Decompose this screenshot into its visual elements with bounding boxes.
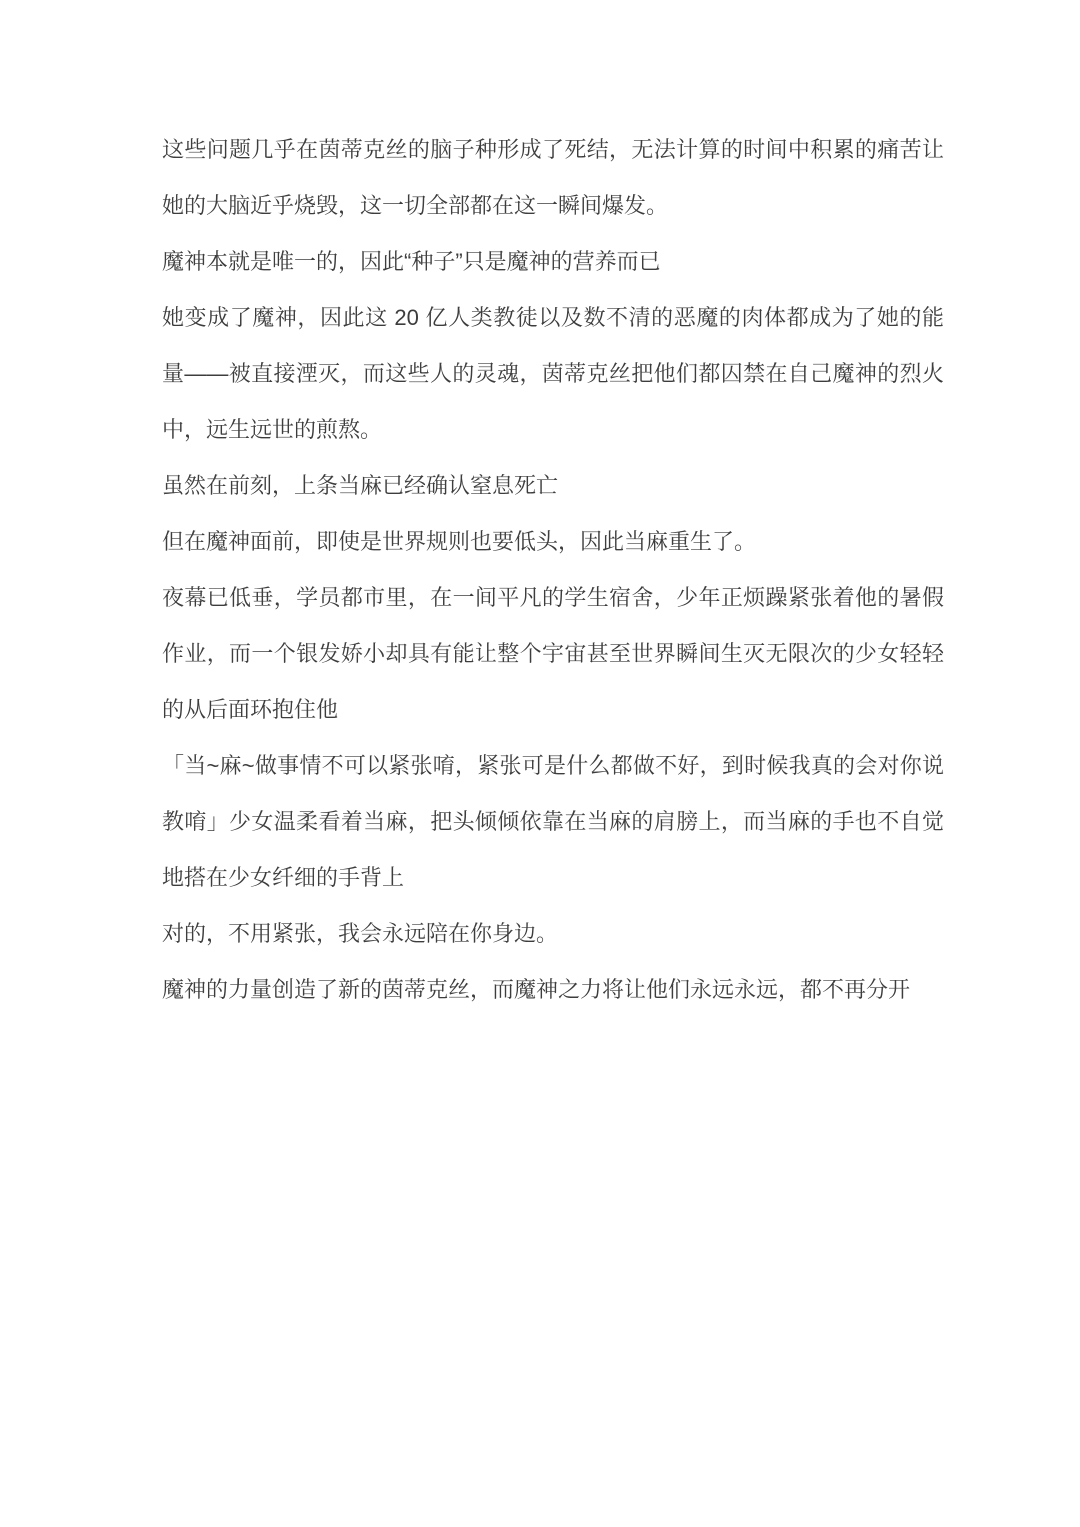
paragraph-5: 但在魔神面前，即使是世界规则也要低头，因此当麻重生了。 (162, 514, 944, 570)
paragraph-4: 虽然在前刻，上条当麻已经确认窒息死亡 (162, 458, 944, 514)
paragraph-3: 她变成了魔神，因此这 20 亿人类教徒以及数不清的恶魔的肉体都成为了她的能量——… (162, 290, 944, 458)
paragraph-2: 魔神本就是唯一的，因此“种子”只是魔神的营养而已 (162, 234, 944, 290)
paragraph-6: 夜幕已低垂，学员都市里，在一间平凡的学生宿舍，少年正烦躁紧张着他的暑假作业，而一… (162, 570, 944, 738)
paragraph-8: 对的，不用紧张，我会永远陪在你身边。 (162, 906, 944, 962)
paragraph-1: 这些问题几乎在茵蒂克丝的脑子种形成了死结，无法计算的时间中积累的痛苦让她的大脑近… (162, 122, 944, 234)
document-page: 这些问题几乎在茵蒂克丝的脑子种形成了死结，无法计算的时间中积累的痛苦让她的大脑近… (0, 0, 1080, 1527)
paragraph-9: 魔神的力量创造了新的茵蒂克丝，而魔神之力将让他们永远永远，都不再分开 (162, 962, 944, 1018)
paragraph-7: 「当~麻~做事情不可以紧张唷，紧张可是什么都做不好，到时候我真的会对你说教唷」少… (162, 738, 944, 906)
